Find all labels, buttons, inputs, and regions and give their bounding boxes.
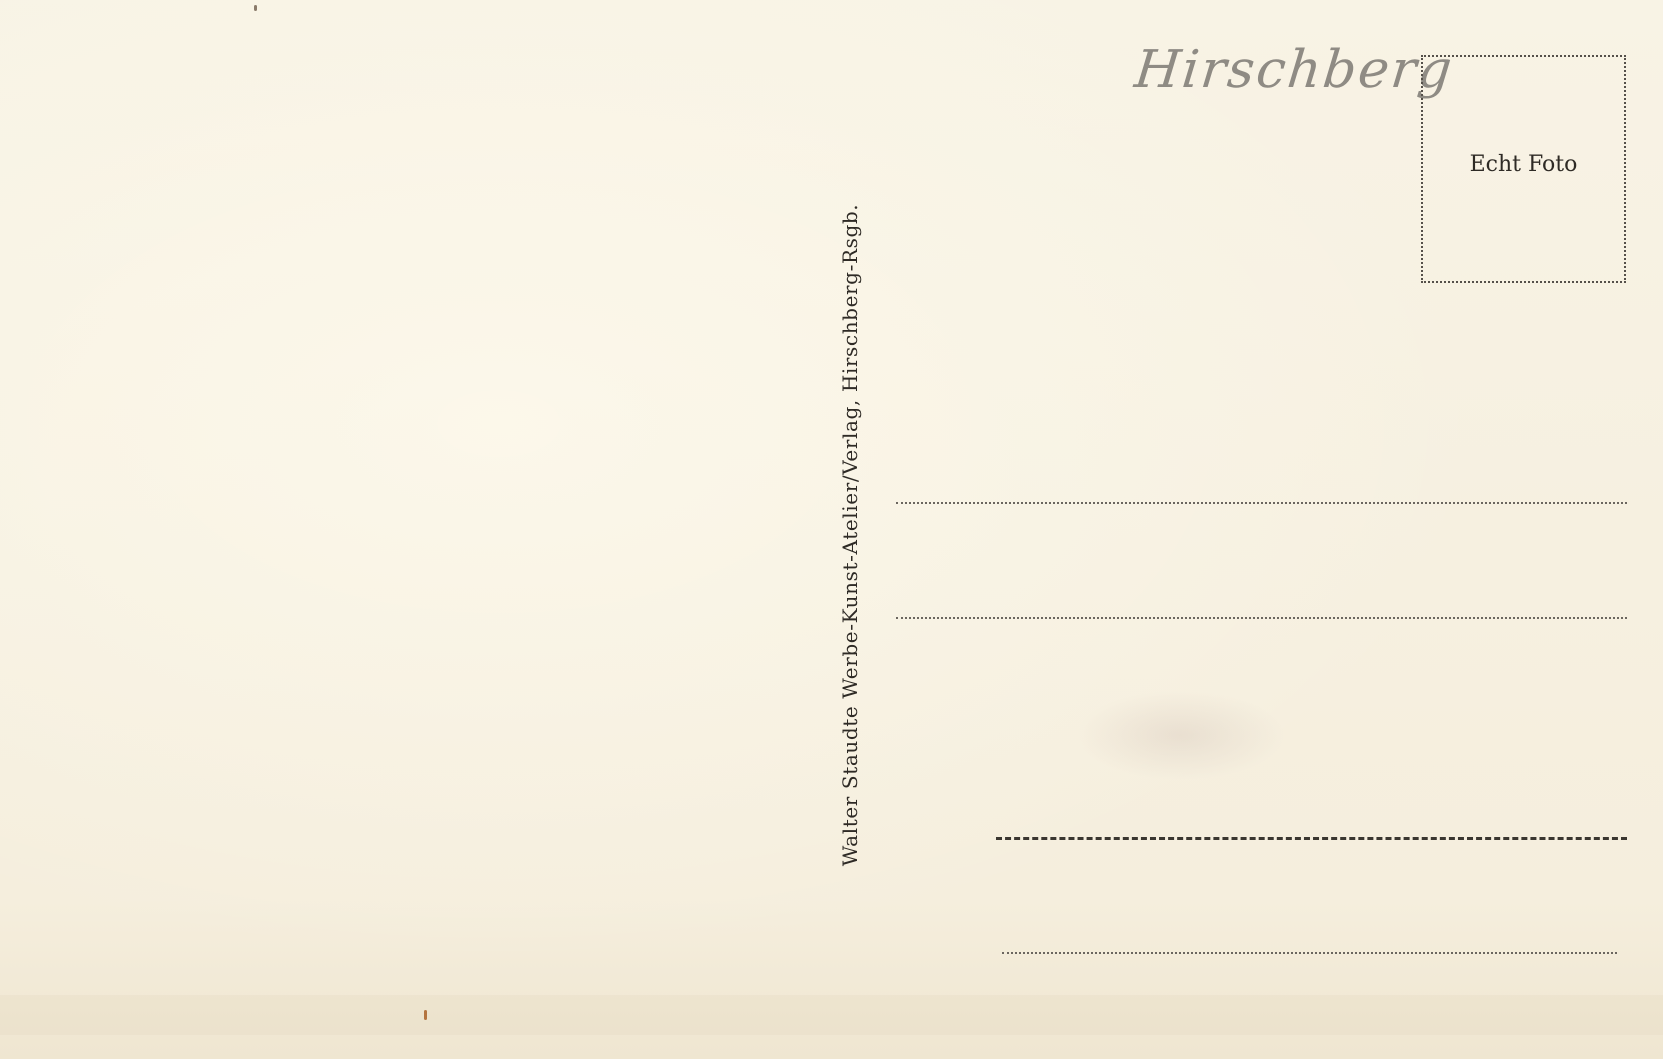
stamp-box-label: Echt Foto <box>1470 152 1578 177</box>
address-line-1 <box>896 502 1627 504</box>
rust-speck <box>424 1010 427 1020</box>
address-line-3 <box>996 837 1627 840</box>
paper-discoloration-band <box>0 995 1663 1035</box>
paper-stain <box>1075 690 1285 780</box>
stamp-box: Echt Foto <box>1421 55 1626 283</box>
address-line-4 <box>1002 952 1617 954</box>
rust-speck <box>254 5 257 11</box>
address-line-2 <box>896 617 1627 619</box>
handwritten-note: Hirschberg <box>1132 40 1457 100</box>
postcard-back: Hirschberg Echt Foto Walter Staudte Werb… <box>0 0 1663 1059</box>
publisher-imprint: Walter Staudte Werbe-Kunst-Atelier/Verla… <box>838 204 862 866</box>
